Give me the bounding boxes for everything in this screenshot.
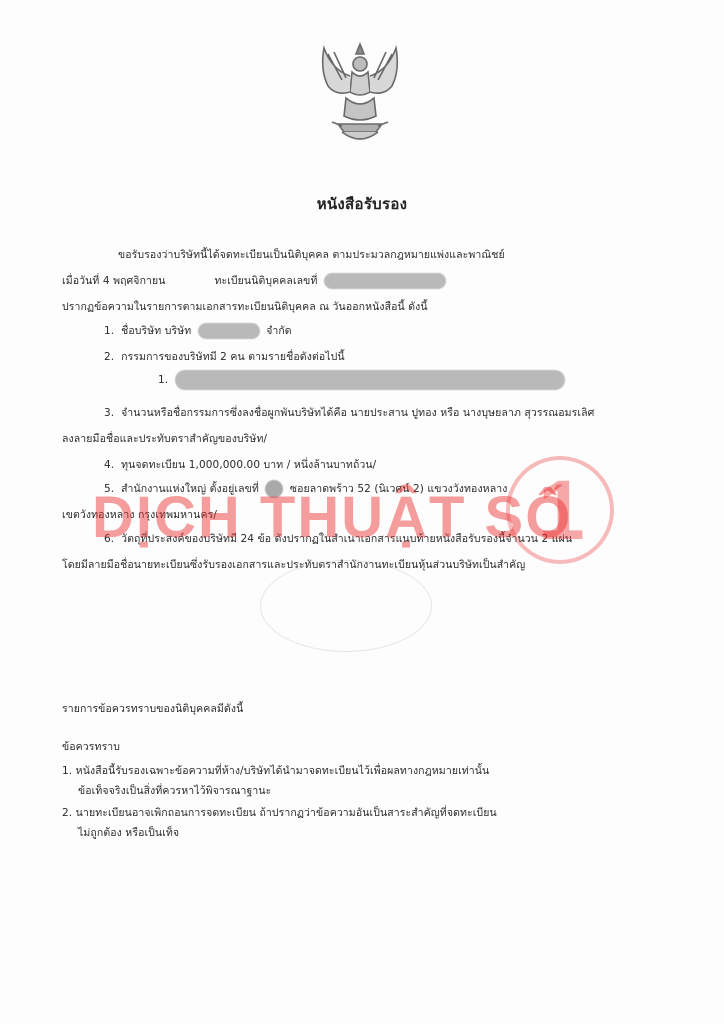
redacted-registration-number	[324, 273, 446, 289]
registration-number-label: ทะเบียนนิติบุคคลเลขที่	[214, 275, 317, 287]
notice-1: 1. หนังสือนี้รับรองเฉพาะข้อความที่ห้าง/บ…	[62, 762, 489, 779]
redacted-address-number	[265, 480, 283, 498]
item-1: 1. ชื่อบริษัท บริษัท จำกัด	[104, 322, 292, 339]
item-6: 6. วัตถุที่ประสงค์ของบริษัทมี 24 ข้อ ดัง…	[104, 530, 572, 547]
notice-2-line-2: ไม่ถูกต้อง หรือเป็นเท็จ	[78, 824, 179, 841]
item-5-continuation: เขตวังทองหลาง กรุงเทพมหานคร/	[62, 506, 217, 523]
redacted-year	[169, 272, 211, 284]
item-3-continuation: ลงลายมือชื่อและประทับตราสำคัญของบริษัท/	[62, 430, 267, 447]
intro-line-1: ขอรับรองว่าบริษัทนี้ได้จดทะเบียนเป็นนิติ…	[118, 246, 505, 263]
redacted-director-names	[175, 370, 565, 390]
intro-line-3: ปรากฏข้อความในรายการตามเอกสารทะเบียนนิติ…	[62, 298, 428, 315]
notice-1-line-2: ข้อเท็จจริงเป็นสิ่งที่ควรหาไว้พิจารณาฐาน…	[78, 782, 271, 799]
document-page: หนังสือรับรอง ขอรับรองว่าบริษัทนี้ได้จดท…	[0, 0, 724, 1024]
registration-date: เมื่อวันที่ 4 พฤศจิกายน	[62, 275, 166, 287]
item-2: 2. กรรมการของบริษัทมี 2 คน ตามรายชื่อดัง…	[104, 348, 345, 365]
garuda-emblem-icon	[312, 40, 408, 152]
intro-line-2: เมื่อวันที่ 4 พฤศจิกายน ทะเบียนนิติบุคคล…	[62, 272, 449, 289]
notice-label: ข้อควรทราบ	[62, 738, 120, 755]
item-3: 3. จำนวนหรือชื่อกรรมการซึ่งลงชื่อผูกพันบ…	[104, 404, 594, 421]
watermark-badge-circle-icon	[506, 456, 614, 564]
company-name-label: ชื่อบริษัท บริษัท	[121, 325, 191, 337]
faint-official-stamp	[260, 560, 432, 652]
notice-2: 2. นายทะเบียนอาจเพิกถอนการจดทะเบียน ถ้าป…	[62, 804, 497, 821]
item-5: 5. สำนักงานแห่งใหญ่ ตั้งอยู่เลขที่ ซอยลา…	[104, 480, 507, 498]
document-title: หนังสือรับรอง	[0, 192, 724, 216]
item-2-director: 1.	[158, 370, 568, 390]
item-4: 4. ทุนจดทะเบียน 1,000,000.00 บาท / หนึ่ง…	[104, 456, 376, 473]
redacted-company-name	[198, 323, 260, 339]
notes-heading: รายการข้อควรทราบของนิติบุคคลมีดังนี้	[62, 700, 243, 717]
